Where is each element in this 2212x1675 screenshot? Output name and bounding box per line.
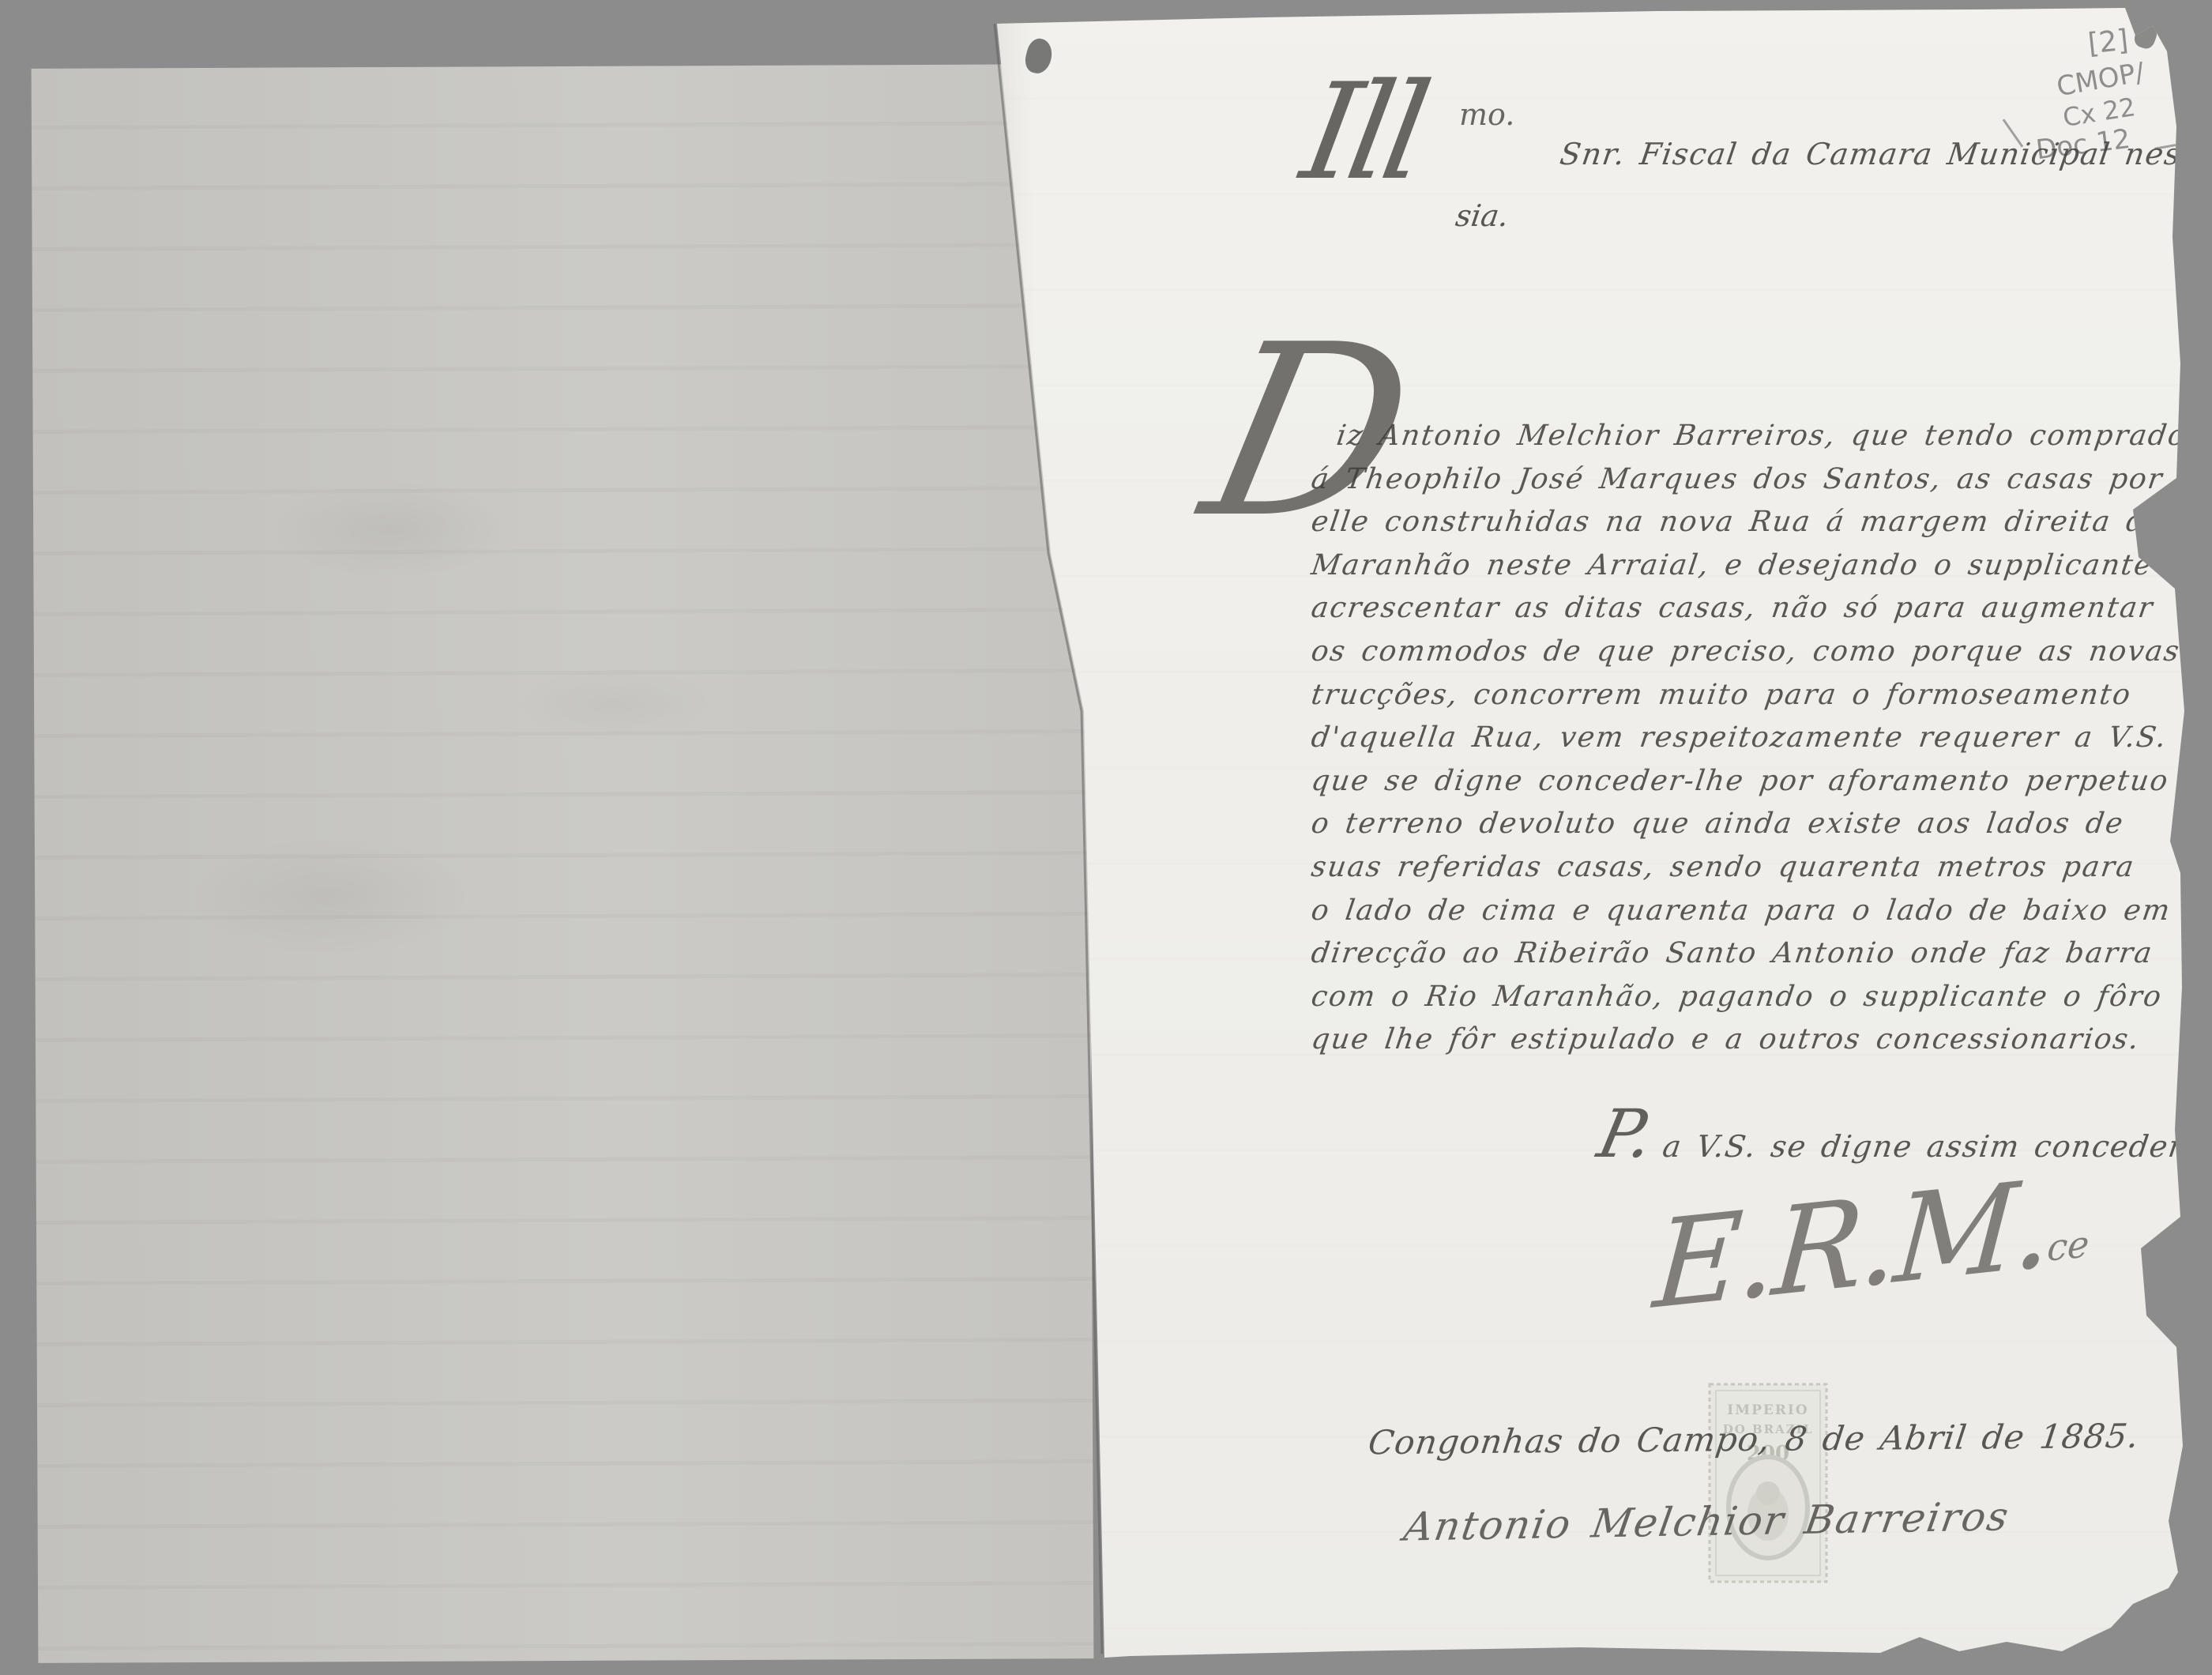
handwritten-line: os commodos de que preciso, como porque … (1308, 630, 2212, 674)
handwritten-line: direcção ao Ribeirão Santo Antonio onde … (1308, 932, 2212, 976)
handwritten-line: o terreno devoluto que ainda existe aos … (1308, 803, 2212, 846)
handwritten-line: acrescentar as ditas casas, não só para … (1308, 587, 2212, 630)
document-scan: [2] CMOP/ Cx 22 Doc 12 Ill mo. Snr. Fisc… (0, 0, 2212, 1675)
revenue-stamp: IMPERIO DO BRAZIL 200 (1706, 1381, 1830, 1585)
handwritten-line: Maranhão neste Arraial, e desejando o su… (1308, 544, 2212, 588)
paper-tear-nick (2132, 21, 2160, 51)
left-blank-page (32, 64, 1094, 1663)
salutation-continuation: sia. (1454, 198, 1511, 233)
handwritten-line: elle construhidas na nova Rua á margem d… (1308, 501, 2212, 544)
handwritten-line: iz Antonio Melchior Barreiros, que tendo… (1334, 415, 2212, 458)
erm-superscript: ce (2046, 1222, 2091, 1270)
handwritten-line: d'aquella Rua, vem respeitozamente reque… (1308, 717, 2212, 760)
petition-line: P. a V.S. se digne assim conceder. (1600, 1101, 2191, 1167)
dateline: Congonhas do Campo, 8 de Abril de 1885. (1366, 1417, 2142, 1462)
erm-monogram: E.R.M. (1650, 1153, 2054, 1336)
handwritten-line: com o Rio Maranhão, pagando o supplicant… (1308, 976, 2212, 1019)
handwritten-line: trucções, concorrem muito para o formose… (1308, 674, 2212, 717)
salutation-monogram: Ill (1294, 66, 1431, 198)
archival-corner-number: [2] (2086, 24, 2130, 60)
signature: Antonio Melchior Barreiros (1401, 1493, 2013, 1549)
handwritten-line: o lado de cima e quarenta para o lado de… (1308, 890, 2212, 933)
petition-initial: P. (1593, 1101, 1659, 1167)
salutation-line: Snr. Fiscal da Camara Municipal nesta Fr… (1558, 137, 2212, 171)
salutation-superscript: mo. (1459, 97, 1514, 132)
handwritten-line: á Theophilo José Marques dos Santos, as … (1308, 458, 2212, 502)
petition-text: a V.S. se digne assim conceder. (1661, 1129, 2194, 1164)
letter-body: iz Antonio Melchior Barreiros, que tendo… (1311, 415, 2212, 1062)
stamp-country-line1: IMPERIO (1727, 1402, 1808, 1418)
courtesy-formula-erm: E.R.M.ce (1650, 1159, 2095, 1327)
petition-page: [2] CMOP/ Cx 22 Doc 12 Ill mo. Snr. Fisc… (991, 4, 2212, 1663)
handwritten-line: que lhe fôr estipulado e a outros conces… (1308, 1018, 2212, 1062)
handwritten-line: suas referidas casas, sendo quarenta met… (1308, 846, 2212, 890)
handwritten-line: que se digne conceder-lhe por aforamento… (1308, 760, 2212, 804)
paper-hole (1022, 36, 1055, 76)
